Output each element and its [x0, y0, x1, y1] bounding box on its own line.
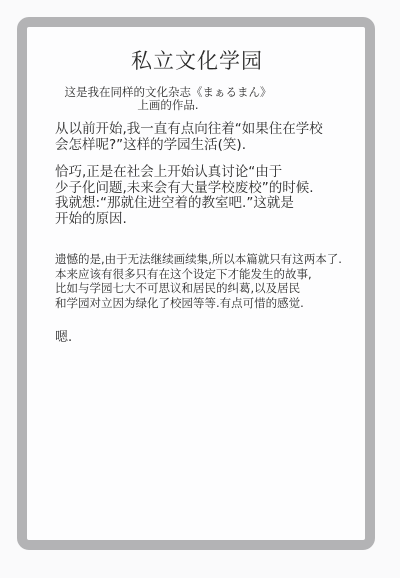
subtitle: 这是我在同样的文化杂志《まぁるまん》 上画的作品. [58, 86, 278, 112]
paragraph-line: 比如与学园七大不可思议和居民的纠葛,以及居民 [55, 281, 342, 296]
paragraph-line: 遗憾的是,由于无法继续画续集,所以本篇就只有这两本了. [55, 252, 342, 267]
paragraph-line: 开始的原因. [55, 212, 314, 228]
paragraph-line: 我就想:“那就住进空着的教室吧.”这就是 [55, 196, 314, 212]
paragraph-line: 本来应该有很多只有在这个设定下才能发生的故事, [55, 267, 342, 282]
paragraph-line: 会怎样呢?”这样的学园生活(笑). [55, 138, 323, 154]
page-title: 私立文化学园 [0, 47, 394, 75]
paragraph-line: 嗯. [55, 330, 72, 346]
paragraph-3: 遗憾的是,由于无法继续画续集,所以本篇就只有这两本了. 本来应该有很多只有在这个… [55, 252, 342, 310]
paragraph-4: 嗯. [55, 330, 72, 346]
subtitle-line: 上画的作品. [58, 99, 278, 112]
paragraph-1: 从以前开始,我一直有点向往着“如果住在学校 会怎样呢?”这样的学园生活(笑). [55, 122, 323, 153]
paragraph-line: 和学园对立因为绿化了校园等等.有点可惜的感觉. [55, 296, 342, 311]
paragraph-line: 恰巧,正是在社会上开始认真讨论“由于 [55, 165, 314, 181]
paragraph-line: 少子化问题,未来会有大量学校废校”的时候. [55, 181, 314, 197]
paragraph-line: 从以前开始,我一直有点向往着“如果住在学校 [55, 122, 323, 138]
paragraph-2: 恰巧,正是在社会上开始认真讨论“由于 少子化问题,未来会有大量学校废校”的时候.… [55, 165, 314, 227]
